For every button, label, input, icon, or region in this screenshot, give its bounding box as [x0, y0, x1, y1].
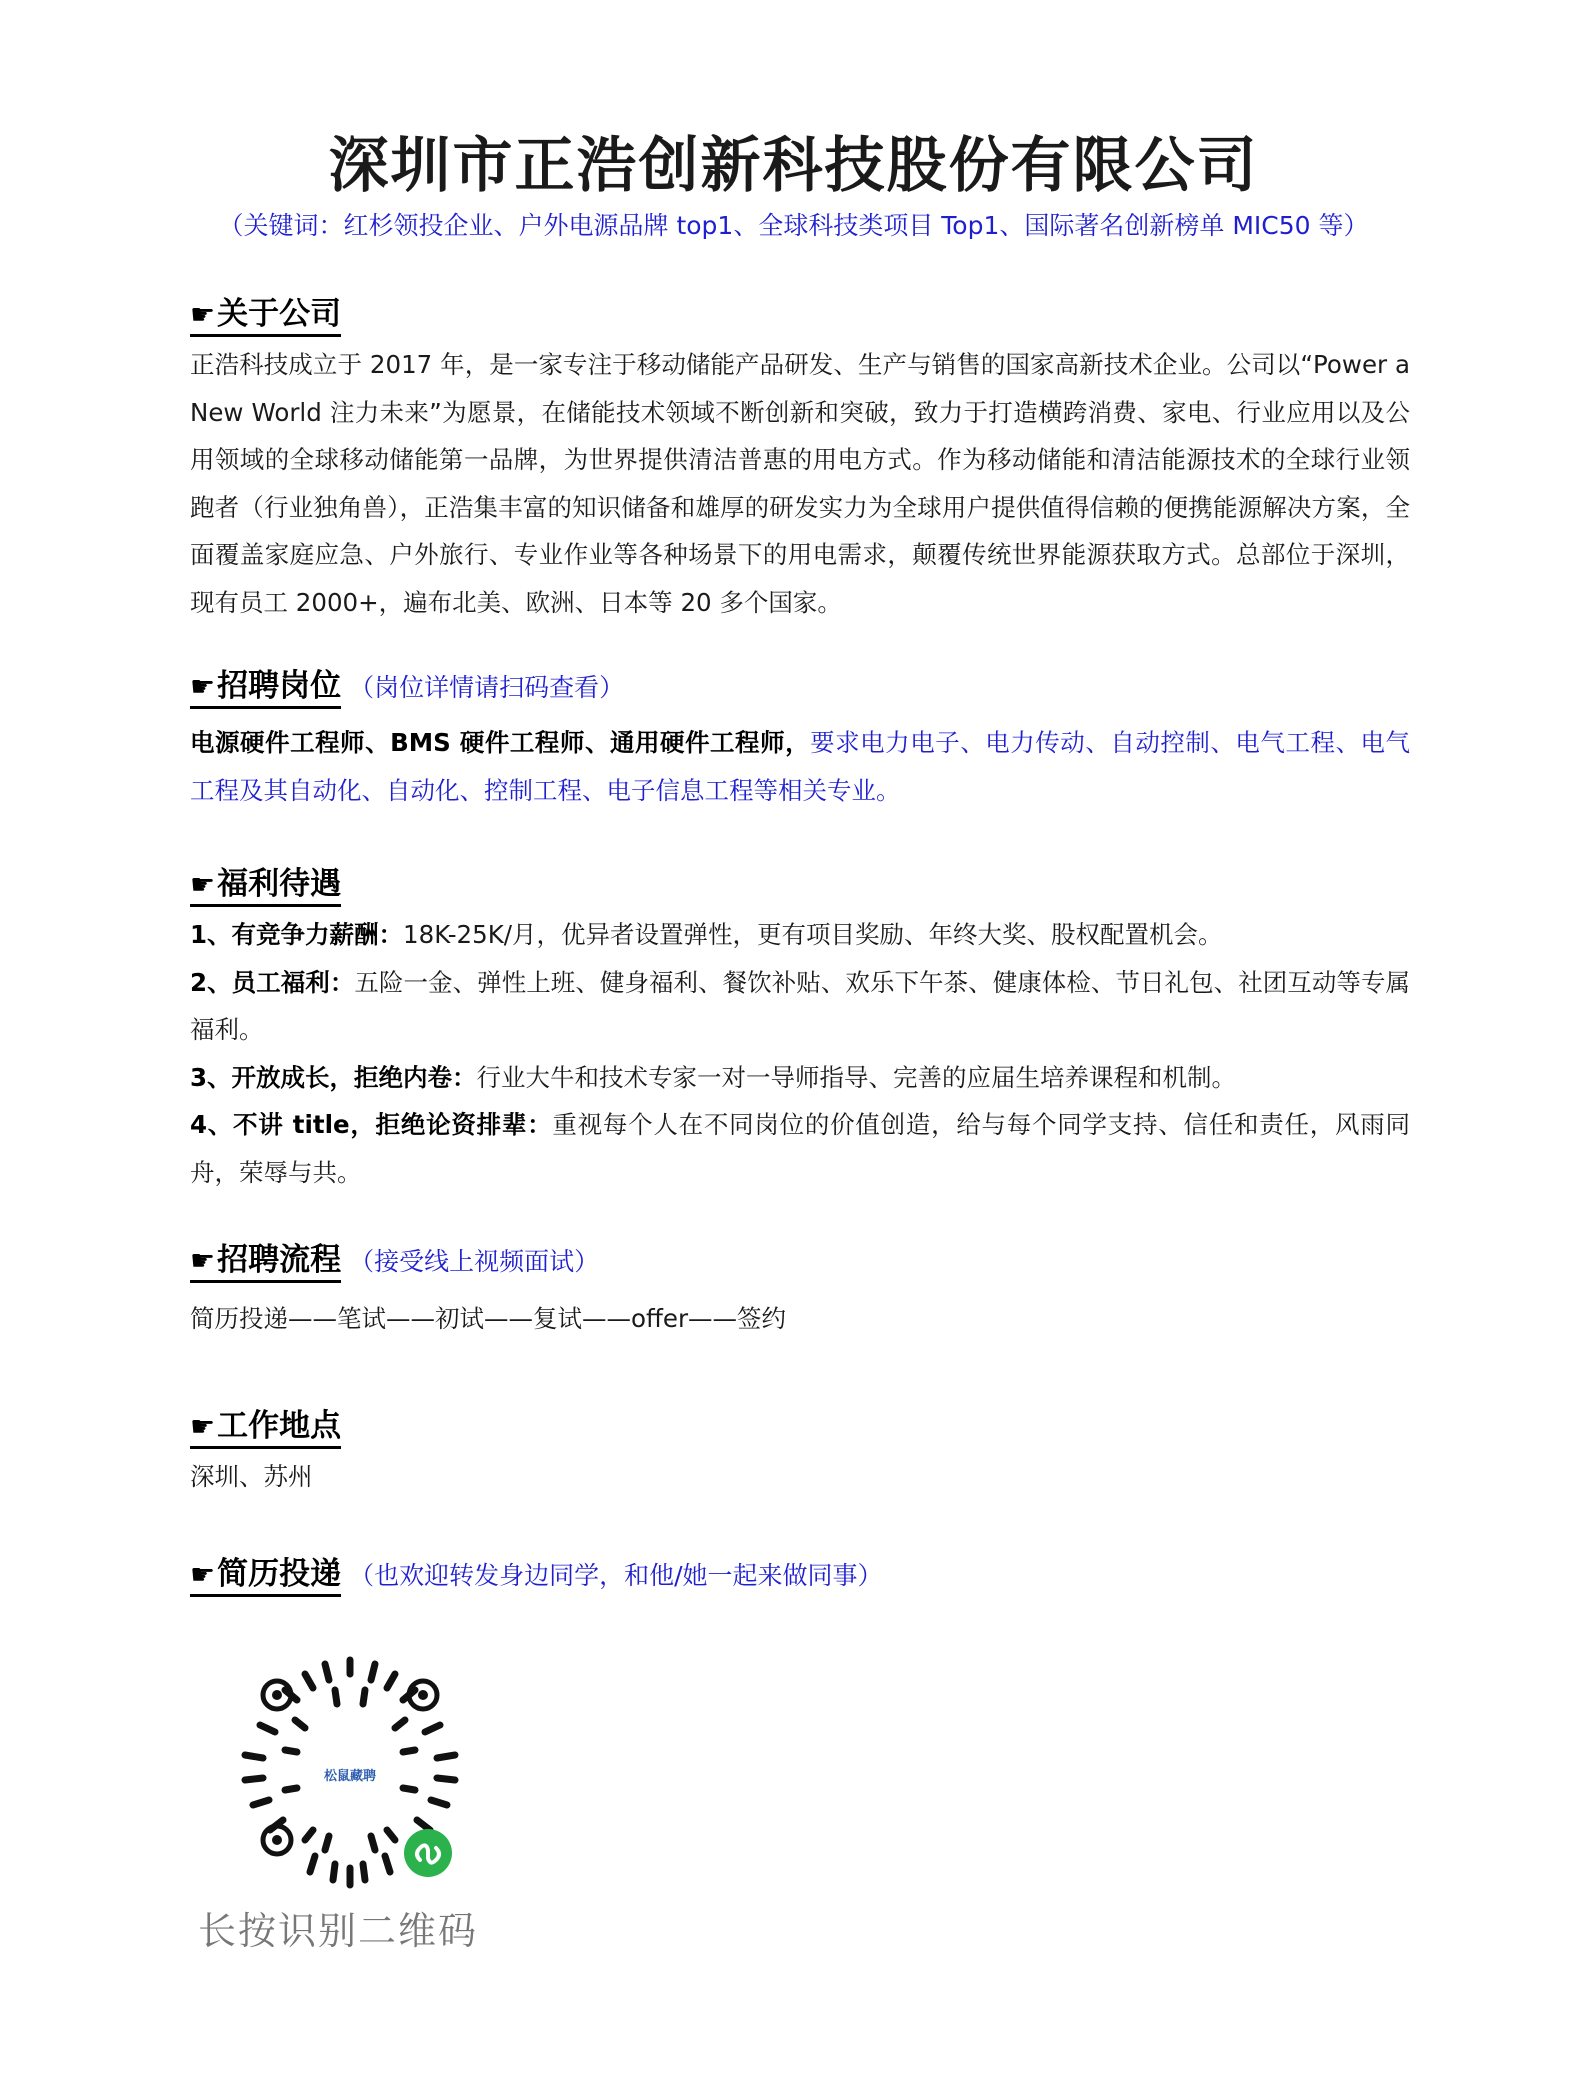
- qr-code-icon: 松鼠藏聘: [215, 1640, 485, 1910]
- section-apply: ☛简历投递 （也欢迎转发身边同学，和他/她一起来做同事）: [190, 1556, 1410, 1597]
- document-title: 深圳市正浩创新科技股份有限公司: [0, 118, 1587, 204]
- positions-roles: 电源硬件工程师、BMS 硬件工程师、通用硬件工程师，: [190, 728, 810, 757]
- about-paragraph: 正浩科技成立于 2017 年，是一家专注于移动储能产品研发、生产与销售的国家高新…: [190, 341, 1410, 626]
- location-text: 深圳、苏州: [190, 1453, 1410, 1501]
- heading-benefits: ☛福利待遇: [190, 866, 341, 907]
- heading-apply: ☛简历投递: [190, 1556, 341, 1597]
- heading-location: ☛工作地点: [190, 1408, 341, 1449]
- section-positions: ☛招聘岗位 （岗位详情请扫码查看） 电源硬件工程师、BMS 硬件工程师、通用硬件…: [190, 668, 1410, 814]
- benefit-item: 1、有竞争力薪酬：18K-25K/月，优异者设置弹性，更有项目奖励、年终大奖、股…: [190, 911, 1410, 959]
- process-note: （接受线上视频面试）: [349, 1242, 599, 1278]
- section-benefits: ☛福利待遇 1、有竞争力薪酬：18K-25K/月，优异者设置弹性，更有项目奖励、…: [190, 866, 1410, 1196]
- positions-note: （岗位详情请扫码查看）: [349, 668, 624, 704]
- keywords-line: （关键词：红杉领投企业、户外电源品牌 top1、全球科技类项目 Top1、国际著…: [0, 206, 1587, 242]
- heading-process: ☛招聘流程: [190, 1242, 341, 1283]
- process-steps: 简历投递——笔试——初试——复试——offer——签约: [190, 1295, 1410, 1343]
- section-about: ☛关于公司 正浩科技成立于 2017 年，是一家专注于移动储能产品研发、生产与销…: [190, 296, 1410, 626]
- benefit-item: 3、开放成长，拒绝内卷：行业大牛和技术专家一对一导师指导、完善的应届生培养课程和…: [190, 1054, 1410, 1102]
- heading-positions: ☛招聘岗位: [190, 668, 341, 709]
- positions-paragraph: 电源硬件工程师、BMS 硬件工程师、通用硬件工程师，要求电力电子、电力传动、自动…: [190, 719, 1410, 814]
- qr-caption: 长按识别二维码: [198, 1900, 478, 1955]
- benefit-item: 4、不讲 title，拒绝论资排辈：重视每个人在不同岗位的价值创造，给与每个同学…: [190, 1101, 1410, 1196]
- pointing-hand-icon: ☛: [190, 670, 215, 703]
- pointing-hand-icon: ☛: [190, 1244, 215, 1277]
- pointing-hand-icon: ☛: [190, 1558, 215, 1591]
- heading-about: ☛关于公司: [190, 296, 341, 337]
- qr-code[interactable]: 松鼠藏聘: [215, 1640, 485, 1910]
- pointing-hand-icon: ☛: [190, 868, 215, 901]
- section-process: ☛招聘流程 （接受线上视频面试） 简历投递——笔试——初试——复试——offer…: [190, 1242, 1410, 1343]
- pointing-hand-icon: ☛: [190, 298, 215, 331]
- qr-logo-text: 松鼠藏聘: [323, 1768, 376, 1784]
- apply-note: （也欢迎转发身边同学，和他/她一起来做同事）: [349, 1556, 882, 1592]
- pointing-hand-icon: ☛: [190, 1410, 215, 1443]
- benefit-item: 2、员工福利：五险一金、弹性上班、健身福利、餐饮补贴、欢乐下午茶、健康体检、节日…: [190, 959, 1410, 1054]
- section-location: ☛工作地点 深圳、苏州: [190, 1408, 1410, 1501]
